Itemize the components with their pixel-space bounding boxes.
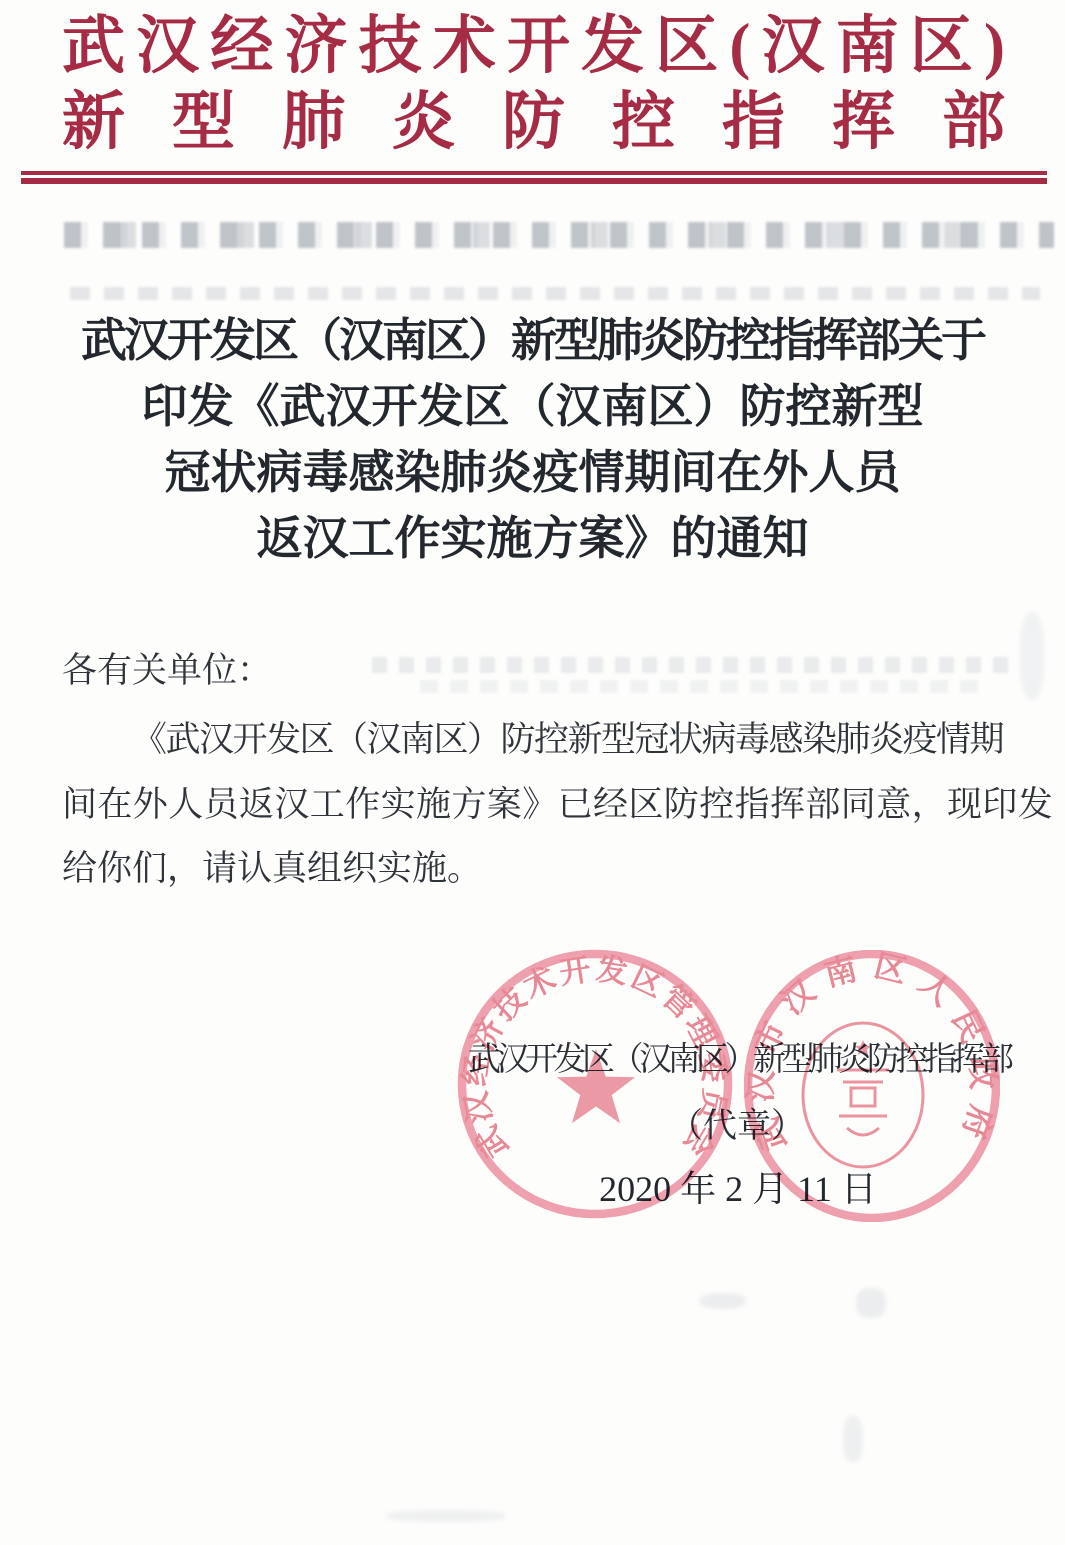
seal-right-text: 武汉市汉南区人民政府 <box>744 950 1000 1156</box>
national-emblem-icon <box>803 1023 923 1167</box>
scan-speck <box>700 1293 746 1309</box>
official-seal-right: 武汉市汉南区人民政府 <box>744 950 1000 1222</box>
title-line-1: 武汉开发区（汉南区）新型肺炎防控指挥部关于 <box>0 308 1065 374</box>
official-seal-left: 武汉经济技术开发区管理委员会 <box>456 948 734 1220</box>
bleed-through-artifact <box>70 287 1040 300</box>
letterhead-line-2: 新型肺炎防控指挥部 <box>62 88 1005 156</box>
body-line-2: 间在外人员返汉工作实施方案》已经区防控指挥部同意，现印发 <box>62 777 1053 827</box>
svg-text:武汉市汉南区人民政府: 武汉市汉南区人民政府 <box>744 950 1000 1156</box>
scan-speck <box>386 1510 506 1522</box>
bleed-through-artifact <box>64 222 1054 248</box>
body-line-3: 给你们，请认真组织实施。 <box>62 841 482 891</box>
document-page: 武汉经济技术开发区(汉南区) 新型肺炎防控指挥部 武汉开发区（汉南区）新型肺炎防… <box>0 0 1065 1545</box>
title-line-4: 返汉工作实施方案》的通知 <box>0 506 1065 572</box>
scan-speck <box>856 1288 886 1318</box>
title-line-2: 印发《武汉开发区（汉南区）防控新型 <box>0 374 1065 440</box>
letterhead-line-1: 武汉经济技术开发区(汉南区) <box>62 12 1005 80</box>
bleed-through-artifact <box>372 657 1012 673</box>
scan-speck <box>843 1416 863 1462</box>
document-title: 武汉开发区（汉南区）新型肺炎防控指挥部关于 印发《武汉开发区（汉南区）防控新型 … <box>0 308 1065 572</box>
bleed-through-artifact <box>420 680 980 693</box>
body-line-1: 《武汉开发区（汉南区）防控新型冠状病毒感染肺炎疫情期 <box>132 712 1003 762</box>
letterhead-divider-rule <box>21 171 1047 184</box>
title-line-3: 冠状病毒感染肺炎疫情期间在外人员 <box>0 440 1065 506</box>
salutation: 各有关单位： <box>62 643 272 693</box>
star-icon <box>557 1049 635 1123</box>
scan-speck <box>1020 612 1044 700</box>
